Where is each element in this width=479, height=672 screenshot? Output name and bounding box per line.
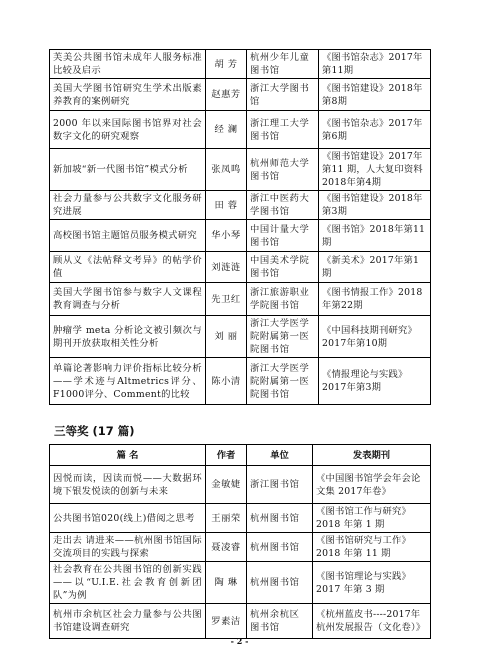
paper-publication: 《图书馆杂志》2017年第11期: [319, 50, 431, 79]
table-row: 社会力量参与公共数字文化服务研究进展 田 蓉 浙江中医药大学图书馆 《图书馆建设…: [50, 191, 431, 220]
table-row: 杭州市余杭区社会力量参与公共图书馆建设调查研究 罗素洁 杭州余杭区图书馆 《杭州…: [50, 604, 431, 639]
paper-author: 张凤鸣: [206, 149, 247, 191]
header-author: 作者: [206, 445, 247, 466]
paper-publication: 《中国图书馆学会年会论文集 2017年卷》: [313, 466, 431, 504]
paper-unit: 中国计量大学图书馆: [247, 220, 319, 252]
paper-unit: 杭州图书馆: [247, 562, 313, 604]
paper-title: 走出去 请进来——杭州图书馆国际交流项目的实践与探索: [50, 533, 206, 562]
paper-unit: 杭州图书馆: [247, 504, 313, 533]
paper-title: 社会力量参与公共数字文化服务研究进展: [50, 191, 206, 220]
paper-author: 金敏婕: [206, 466, 247, 504]
paper-author: 陶 琳: [206, 562, 247, 604]
paper-author: 王丽荣: [206, 504, 247, 533]
paper-unit: 浙江大学医学院附属第一医院图书馆: [247, 316, 319, 358]
paper-publication: 《图书馆杂志》2017年第6期: [319, 111, 431, 149]
paper-title: 芙美公共图书馆未成年人服务标准比较及启示: [50, 50, 206, 79]
paper-unit: 浙江大学医学院附属第一医院图书馆: [247, 358, 319, 405]
paper-publication: 《图书馆建设》2017年第11 期，人大复印资料2018年第4期: [319, 149, 431, 191]
paper-publication: 《图书情报工作》2018年第22期: [319, 283, 431, 316]
paper-author: 经 澜: [206, 111, 247, 149]
paper-author: 罗素洁: [206, 604, 247, 639]
table-row: 因悦而读，因读而悦——大数据环境下银发悦读的创新与未来 金敏婕 浙江图书馆 《中…: [50, 466, 431, 504]
paper-publication: 《情报理论与实践》2017年第3期: [319, 358, 431, 405]
paper-unit: 浙江中医药大学图书馆: [247, 191, 319, 220]
table-header-row: 篇 名 作者 单位 发表期刊: [50, 445, 431, 466]
table-row: 肿瘤学 meta 分析论文被引频次与期刊开放获取相关性分析 刘 丽 浙江大学医学…: [50, 316, 431, 358]
paper-title: 2000 年以来国际图书馆界对社会数字文化的研究观察: [50, 111, 206, 149]
paper-unit: 中国美术学院图书馆: [247, 252, 319, 283]
paper-publication: 《图书馆建设》2018年第3期: [319, 191, 431, 220]
paper-title: 社会教育在公共图书馆的创新实践——以“U.I.E.社会教育创新团队”为例: [50, 562, 206, 604]
table-row: 芙美公共图书馆未成年人服务标准比较及启示 胡 芳 杭州少年儿童图书馆 《图书馆杂…: [50, 50, 431, 79]
page-number: - 2 -: [0, 636, 479, 646]
table-row: 2000 年以来国际图书馆界对社会数字文化的研究观察 经 澜 浙江理工大学图书馆…: [50, 111, 431, 149]
paper-author: 华小琴: [206, 220, 247, 252]
table-row: 美国大学图书馆研究生学术出版素养教育的案例研究 赵惠芳 浙江大学图书馆 《图书馆…: [50, 79, 431, 111]
paper-author: 陈小清: [206, 358, 247, 405]
paper-title: 单篇论著影响力评价指标比较分析——学术迹与Altmetrics评分、F1000评…: [50, 358, 206, 405]
paper-author: 刘 丽: [206, 316, 247, 358]
paper-unit: 杭州图书馆: [247, 533, 313, 562]
paper-unit: 浙江大学图书馆: [247, 79, 319, 111]
paper-publication: 《中国科技期刊研究》2017年第10期: [319, 316, 431, 358]
section-heading-third-prize: 三等奖 (17 篇): [54, 423, 135, 439]
paper-title: 肿瘤学 meta 分析论文被引频次与期刊开放获取相关性分析: [50, 316, 206, 358]
paper-publication: 《新美术》2017年第1期: [319, 252, 431, 283]
header-unit: 单位: [247, 445, 313, 466]
table-row: 公共图书馆020(线上)借阅之思考 王丽荣 杭州图书馆 《图书馆工作与研究》20…: [50, 504, 431, 533]
paper-publication: 《图书馆建设》2018年第8期: [319, 79, 431, 111]
table-row: 新加坡“新一代图书馆”模式分析 张凤鸣 杭州师范大学图书馆 《图书馆建设》201…: [50, 149, 431, 191]
paper-title: 新加坡“新一代图书馆”模式分析: [50, 149, 206, 191]
paper-author: 胡 芳: [206, 50, 247, 79]
paper-author: 聂凌睿: [206, 533, 247, 562]
header-publication: 发表期刊: [313, 445, 431, 466]
award-table-third-prize: 篇 名 作者 单位 发表期刊 因悦而读，因读而悦——大数据环境下银发悦读的创新与…: [49, 444, 431, 639]
paper-unit: 杭州余杭区图书馆: [247, 604, 313, 639]
paper-author: 赵惠芳: [206, 79, 247, 111]
paper-unit: 浙江理工大学图书馆: [247, 111, 319, 149]
paper-title: 高校图书馆主题馆员服务模式研究: [50, 220, 206, 252]
table-row: 单篇论著影响力评价指标比较分析——学术迹与Altmetrics评分、F1000评…: [50, 358, 431, 405]
paper-author: 先卫红: [206, 283, 247, 316]
table-row: 高校图书馆主题馆员服务模式研究 华小琴 中国计量大学图书馆 《图书馆》2018年…: [50, 220, 431, 252]
paper-title: 公共图书馆020(线上)借阅之思考: [50, 504, 206, 533]
paper-publication: 《图书馆工作与研究》2018 年第 1 期: [313, 504, 431, 533]
paper-unit: 杭州师范大学图书馆: [247, 149, 319, 191]
paper-publication: 《图书馆理论与实践》2017 年第 3 期: [313, 562, 431, 604]
table-row: 社会教育在公共图书馆的创新实践——以“U.I.E.社会教育创新团队”为例 陶 琳…: [50, 562, 431, 604]
header-title: 篇 名: [50, 445, 206, 466]
award-table-second-prize-continued: 芙美公共图书馆未成年人服务标准比较及启示 胡 芳 杭州少年儿童图书馆 《图书馆杂…: [49, 49, 431, 405]
paper-unit: 浙江旅游职业学院图书馆: [247, 283, 319, 316]
paper-title: 顾从义《法帖释文考异》的帖学价值: [50, 252, 206, 283]
paper-title: 杭州市余杭区社会力量参与公共图书馆建设调查研究: [50, 604, 206, 639]
paper-title: 因悦而读，因读而悦——大数据环境下银发悦读的创新与未来: [50, 466, 206, 504]
paper-author: 田 蓉: [206, 191, 247, 220]
paper-title: 美国大学图书馆参与数字人文课程教育调查与分析: [50, 283, 206, 316]
paper-publication: 《杭州蓝皮书----2017年杭州发展报告（文化卷）》: [313, 604, 431, 639]
paper-publication: 《图书馆研究与工作》2018 年第 11 期: [313, 533, 431, 562]
paper-unit: 杭州少年儿童图书馆: [247, 50, 319, 79]
table-row: 顾从义《法帖释文考异》的帖学价值 刘涟涟 中国美术学院图书馆 《新美术》2017…: [50, 252, 431, 283]
paper-title: 美国大学图书馆研究生学术出版素养教育的案例研究: [50, 79, 206, 111]
table-row: 走出去 请进来——杭州图书馆国际交流项目的实践与探索 聂凌睿 杭州图书馆 《图书…: [50, 533, 431, 562]
paper-publication: 《图书馆》2018年第11期: [319, 220, 431, 252]
table-row: 美国大学图书馆参与数字人文课程教育调查与分析 先卫红 浙江旅游职业学院图书馆 《…: [50, 283, 431, 316]
paper-unit: 浙江图书馆: [247, 466, 313, 504]
paper-author: 刘涟涟: [206, 252, 247, 283]
